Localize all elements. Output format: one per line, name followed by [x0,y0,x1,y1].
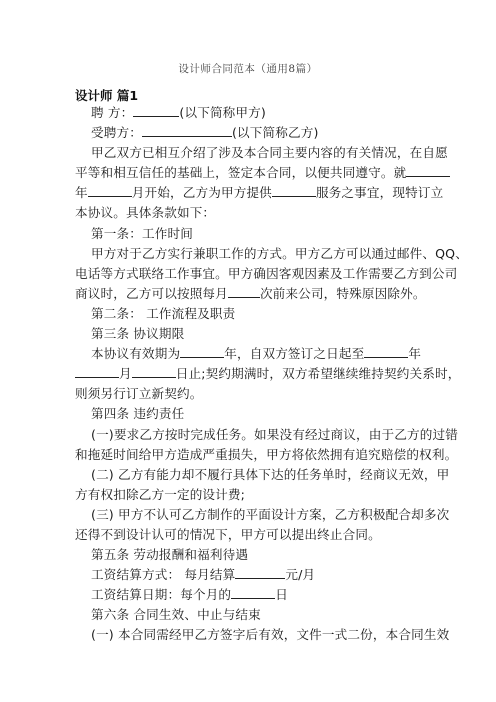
fill-in-blank [235,566,285,579]
text-line: 本协议。具体条款如下： [75,203,425,223]
text-line: (三) 甲方不认可乙方制作的平面设计方案，乙方积极配合却多次 [75,505,425,525]
text-segment: 方有权扣除乙方一定的设计费; [75,487,245,502]
text-line: 受聘方：(以下简称乙方) [75,123,425,143]
text-segment: (以下简称甲方) [179,105,266,120]
fill-in-blank [142,124,232,137]
text-segment: (二) 乙方有能力却不履行具体下达的任务单时，经商议无效，甲 [91,467,449,482]
text-line: 平等和相互信任的基础上，签定本合同，以便共同遵守。就 [75,163,425,183]
text-line: 和拖延时间给甲方造成严重损失，甲方将依然拥有追究赔偿的权利。 [75,445,425,465]
text-segment: 还得不到设计认可的情况下，甲方可以提出终止合同。 [75,527,381,542]
text-segment: 受聘方： [91,125,142,140]
text-line: 方有权扣除乙方一定的设计费; [75,485,425,505]
text-line: 第四条 违约责任 [75,404,425,424]
text-line: 工资结算方式： 每月结算元/月 [75,565,425,585]
text-line: 甲乙双方已相互介绍了涉及本合同主要内容的有关情况，在自愿 [75,143,425,163]
text-line: 工资结算日期：每个月的日 [75,585,425,605]
fill-in-blank [133,104,179,117]
fill-in-blank [406,164,450,177]
text-segment: 工资结算方式： 每月结算 [91,567,235,582]
text-segment: 本协议有效期为 [91,346,180,361]
text-segment: 聘 方： [91,105,133,120]
text-line: 聘 方：(以下简称甲方) [75,103,425,123]
text-line: 甲方对于乙方实行兼职工作的方式。甲方乙方可以通过邮件、QQ、 [75,244,425,264]
text-segment: 元/月 [285,567,315,582]
fill-in-blank [132,365,176,378]
page-title: 设计师合同范本（通用8篇） [0,61,496,76]
text-line: 本协议有效期为年，自双方签订之日起至年 [75,344,425,364]
text-segment: (三) 甲方不认可乙方制作的平面设计方案，乙方积极配合却多次 [91,507,449,522]
document-body: 聘 方：(以下简称甲方)受聘方：(以下简称乙方)甲乙双方已相互介绍了涉及本合同主… [75,103,425,646]
text-line: 第二条： 工作流程及职责 [75,304,425,324]
text-segment: 甲乙双方已相互介绍了涉及本合同主要内容的有关情况，在自愿 [91,145,448,160]
text-segment: 次前来公司，特殊原因除外。 [260,286,426,301]
text-line: 电话等方式联络工作事宜。甲方确因客观因素及工作需要乙方到公司 [75,264,425,284]
fill-in-blank [88,184,132,197]
text-segment: 电话等方式联络工作事宜。甲方确因客观因素及工作需要乙方到公司 [75,266,457,281]
text-line: 第六条 合同生效、中止与结束 [75,605,425,625]
text-segment: 日止;契约期满时，双方希望继续维持契约关系时， [176,366,461,381]
fill-in-blank [228,285,260,298]
text-segment: 月 [119,366,132,381]
text-segment: 甲方对于乙方实行兼职工作的方式。甲方乙方可以通过邮件、QQ、 [91,246,468,261]
text-segment: 商议时，乙方可以按照每月 [75,286,228,301]
text-line: (一) 本合同需经甲乙方签字后有效，文件一式二份，本合同生效 [75,625,425,645]
text-segment: 第四条 违约责任 [91,406,184,421]
text-line: 商议时，乙方可以按照每月次前来公司，特殊原因除外。 [75,284,425,304]
text-segment: 第六条 合同生效、中止与结束 [91,607,261,622]
text-segment: 年，自双方签订之日起至 [224,346,364,361]
text-segment: 平等和相互信任的基础上，签定本合同，以便共同遵守。就 [75,165,406,180]
text-line: (二) 乙方有能力却不履行具体下达的任务单时，经商议无效，甲 [75,465,425,485]
text-segment: (以下简称乙方) [232,125,319,140]
text-segment: 年 [75,185,88,200]
text-line: 还得不到设计认可的情况下，甲方可以提出终止合同。 [75,525,425,545]
text-line: 月日止;契约期满时，双方希望继续维持契约关系时， [75,364,425,384]
fill-in-blank [272,184,316,197]
section-heading: 设计师 篇1 [75,86,138,104]
text-line: 则须另行订立新契约。 [75,384,425,404]
text-segment: 本协议。具体条款如下： [75,205,215,220]
fill-in-blank [231,586,275,599]
text-line: 年月开始，乙方为甲方提供服务之事宜，现特订立 [75,183,425,203]
fill-in-blank [180,345,224,358]
text-segment: 月开始，乙方为甲方提供 [132,185,272,200]
text-segment: 则须另行订立新契约。 [75,386,202,401]
text-segment: 第一条：工作时间 [91,226,193,241]
text-line: (一)要求乙方按时完成任务。如果没有经过商议，由于乙方的过错 [75,425,425,445]
fill-in-blank [364,345,408,358]
text-segment: 日 [275,587,288,602]
fill-in-blank [75,365,119,378]
text-line: 第一条：工作时间 [75,224,425,244]
text-segment: 和拖延时间给甲方造成严重损失，甲方将依然拥有追究赔偿的权利。 [75,447,457,462]
text-segment: 服务之事宜，现特订立 [316,185,443,200]
text-segment: 第三条 协议期限 [91,326,184,341]
text-segment: (一) 本合同需经甲乙方签字后有效，文件一式二份，本合同生效 [91,627,449,642]
text-segment: 工资结算日期：每个月的 [91,587,231,602]
text-segment: (一)要求乙方按时完成任务。如果没有经过商议，由于乙方的过错 [91,427,458,442]
text-line: 第三条 协议期限 [75,324,425,344]
text-line: 第五条 劳动报酬和福利待遇 [75,545,425,565]
text-segment: 第二条： 工作流程及职责 [91,306,235,321]
text-segment: 年 [408,346,421,361]
text-segment: 第五条 劳动报酬和福利待遇 [91,547,248,562]
